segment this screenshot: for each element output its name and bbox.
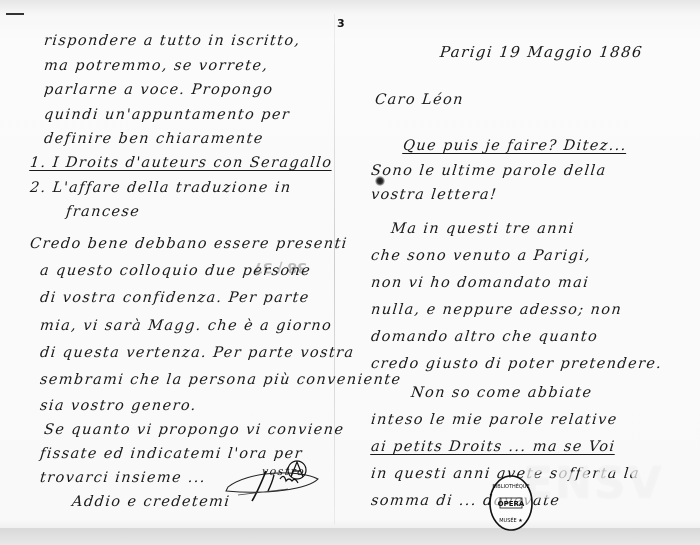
letter-line: che sono venuto a Parigi, bbox=[370, 248, 592, 264]
letter-line: vostra lettera! bbox=[370, 187, 498, 203]
letter-line: parlarne a voce. Propongo bbox=[43, 82, 274, 98]
letter-line: Non so come abbiate bbox=[410, 385, 593, 401]
svg-text:MUSÉE ★: MUSÉE ★ bbox=[499, 516, 523, 524]
place-date: Parigi 19 Maggio 1886 bbox=[439, 43, 644, 61]
letter-line: a questo colloquio due persone bbox=[39, 263, 312, 279]
right-page: Parigi 19 Maggio 1886 Caro Léon Que puis… bbox=[335, 0, 700, 530]
letter-line: nulla, e neppure adesso; non bbox=[370, 302, 623, 318]
letter-line: non vi ho domandato mai bbox=[370, 275, 590, 291]
letter-line: Ma in questi tre anni bbox=[390, 221, 575, 237]
letter-line-item-1: 1. I Droits d'auteurs con Seragallo bbox=[29, 155, 333, 171]
letter-line: mia, vi sarà Magg. che è a giorno bbox=[39, 318, 333, 334]
letter-line: trovarci insieme ... bbox=[39, 470, 207, 486]
letter-line: Sono le ultime parole della bbox=[370, 163, 607, 179]
scan-bottom-edge bbox=[0, 528, 700, 545]
letter-line: Credo bene debbano essere presenti bbox=[29, 236, 348, 252]
letter-line-closing: Addio e credetemi bbox=[71, 494, 231, 510]
letter-line: Se quanto vi propongo vi conviene bbox=[43, 422, 345, 438]
letter-line-item-2: 2. L'affare della traduzione in bbox=[29, 180, 292, 196]
letter-line: fissate ed indicatemi l'ora per bbox=[39, 446, 304, 462]
monogram-icon bbox=[286, 459, 308, 481]
letter-line: quindi un'appuntamento per bbox=[43, 107, 291, 123]
letter-line: rispondere a tutto in iscritto, bbox=[43, 33, 301, 49]
letter-line: francese bbox=[65, 204, 141, 220]
letter-line-quote: Que puis je faire? Ditez... bbox=[402, 138, 628, 154]
letter-line-petits-droits: ai petits Droits ... ma se Voi bbox=[370, 439, 616, 455]
watermark: ENSV bbox=[523, 458, 664, 509]
letter-line: inteso le mie parole relative bbox=[370, 412, 618, 428]
stamp-center-text: OPÉRA bbox=[498, 499, 525, 508]
ink-blot bbox=[375, 176, 385, 186]
letter-line: definire ben chiaramente bbox=[43, 131, 264, 147]
letter-line: di vostra confidenza. Per parte bbox=[39, 290, 310, 306]
letter-line: credo giusto di poter pretendere. bbox=[370, 356, 663, 372]
letter-line: sia vostro genero. bbox=[39, 398, 197, 414]
letter-line: domando altro che quanto bbox=[370, 329, 599, 345]
svg-text:BIBLIOTHÈQUE: BIBLIOTHÈQUE bbox=[492, 482, 529, 490]
salutation: Caro Léon bbox=[374, 92, 465, 108]
library-stamp-icon: OPÉRA BIBLIOTHÈQUE MUSÉE ★ bbox=[488, 474, 534, 532]
letter-line: ma potremmo, se vorrete, bbox=[43, 58, 269, 74]
letter-line: di questa vertenza. Per parte vostra bbox=[39, 345, 355, 361]
left-page: rispondere a tutto in iscritto, ma potre… bbox=[0, 0, 334, 530]
signature-icon bbox=[218, 465, 328, 505]
